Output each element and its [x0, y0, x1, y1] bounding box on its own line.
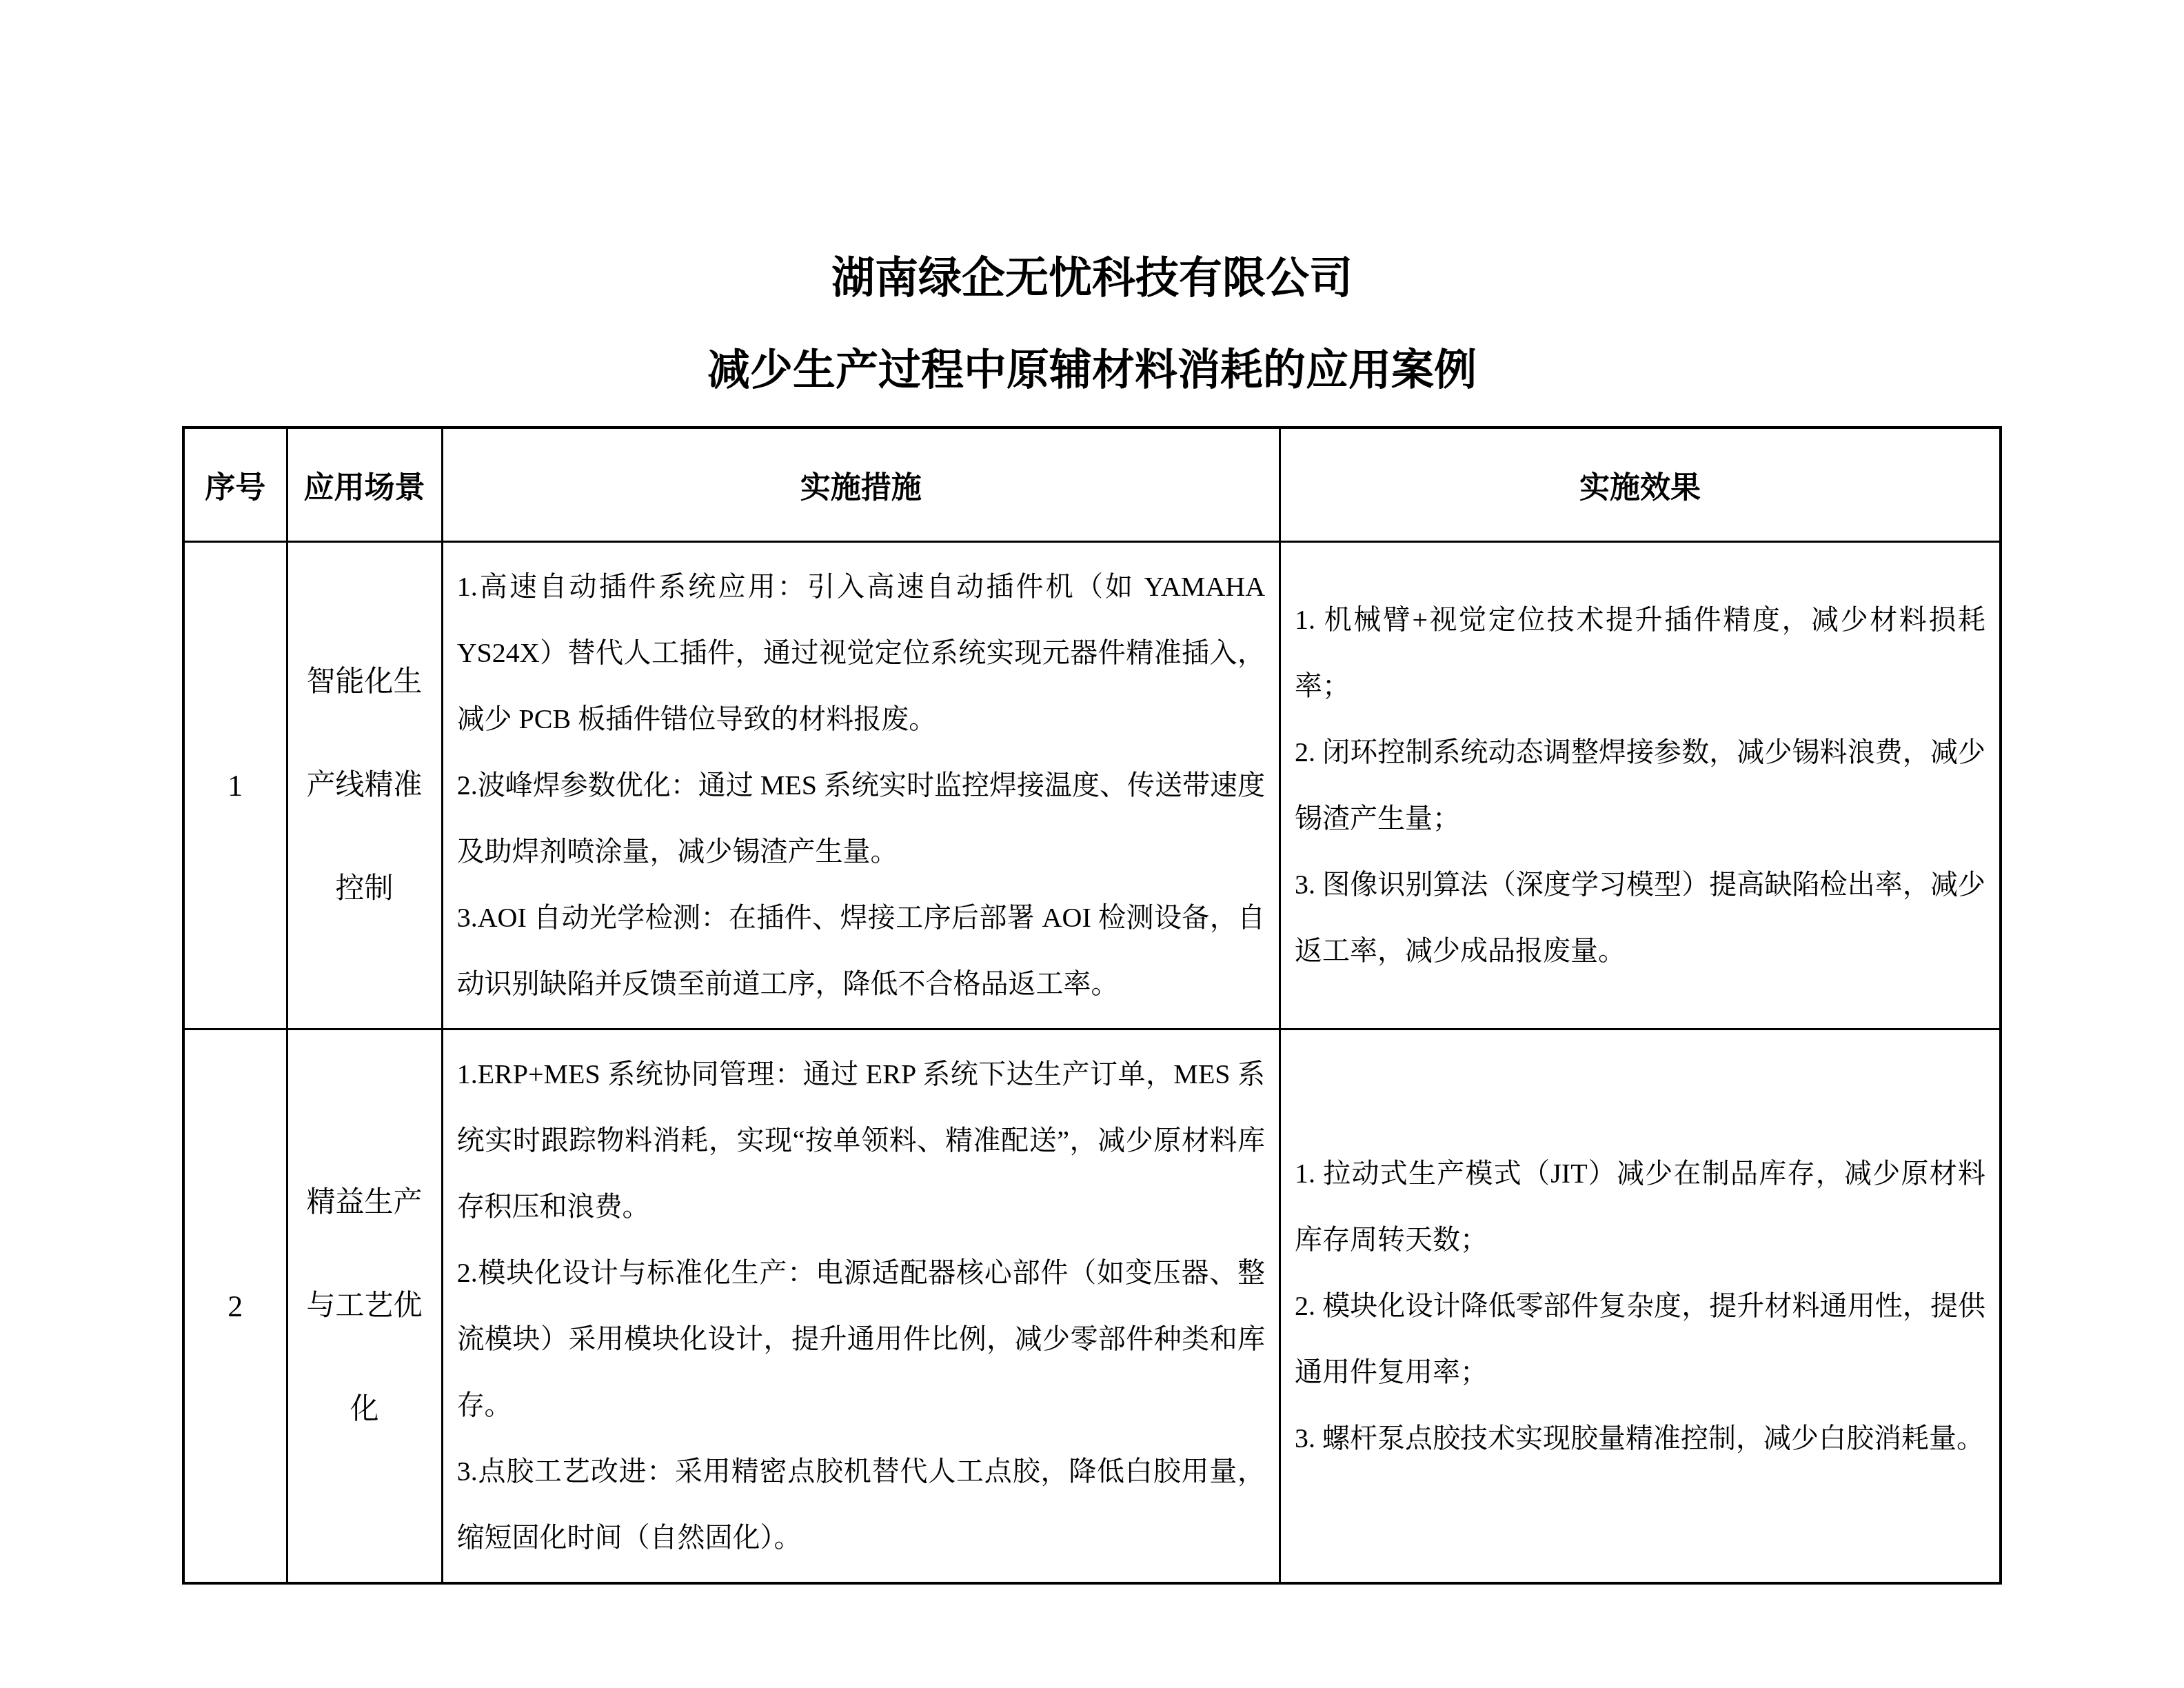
effects-cell: 1. 机械臂+视觉定位技术提升插件精度，减少材料损耗率； 2. 闭环控制系统动态… [1280, 542, 2001, 1029]
document-page: 湖南绿企无忧科技有限公司 减少生产过程中原辅材料消耗的应用案例 序号 应用场景 … [0, 0, 2184, 1688]
header-scenario: 应用场景 [287, 428, 442, 542]
effect-item: 1. 机械臂+视觉定位技术提升插件精度，减少材料损耗率； [1295, 587, 1985, 719]
effect-item: 1. 拉动式生产模式（JIT）减少在制品库存，减少原材料库存周转天数； [1295, 1141, 1985, 1273]
measures-cell: 1.ERP+MES 系统协同管理：通过 ERP 系统下达生产订单，MES 系统实… [442, 1029, 1280, 1584]
document-subtitle: 减少生产过程中原辅材料消耗的应用案例 [0, 302, 2184, 395]
effect-item: 3. 螺杆泵点胶技术实现胶量精准控制，减少白胶消耗量。 [1295, 1405, 1985, 1471]
effects-cell: 1. 拉动式生产模式（JIT）减少在制品库存，减少原材料库存周转天数； 2. 模… [1280, 1029, 2001, 1584]
effect-item: 2. 闭环控制系统动态调整焊接参数，减少锡料浪费，减少锡渣产生量； [1295, 719, 1985, 852]
header-index: 序号 [183, 428, 287, 542]
measure-item: 1.ERP+MES 系统协同管理：通过 ERP 系统下达生产订单，MES 系统实… [457, 1041, 1265, 1240]
scenario-cell: 精益生产与工艺优化 [287, 1029, 442, 1584]
measure-item: 2.模块化设计与标准化生产：电源适配器核心部件（如变压器、整流模块）采用模块化设… [457, 1240, 1265, 1438]
row-index-cell: 2 [183, 1029, 287, 1584]
measure-item: 3.AOI 自动光学检测：在插件、焊接工序后部署 AOI 检测设备，自动识别缺陷… [457, 885, 1265, 1017]
measures-cell: 1.高速自动插件系统应用：引入高速自动插件机（如 YAMAHA YS24X）替代… [442, 542, 1280, 1029]
scenario-cell: 智能化生产线精准控制 [287, 542, 442, 1029]
table-row: 1 智能化生产线精准控制 1.高速自动插件系统应用：引入高速自动插件机（如 YA… [183, 542, 2001, 1029]
document-title: 湖南绿企无忧科技有限公司 [0, 0, 2184, 302]
measure-item: 1.高速自动插件系统应用：引入高速自动插件机（如 YAMAHA YS24X）替代… [457, 554, 1265, 752]
row-index-cell: 1 [183, 542, 287, 1029]
measure-item: 3.点胶工艺改进：采用精密点胶机替代人工点胶，降低白胶用量，缩短固化时间（自然固… [457, 1438, 1265, 1571]
application-cases-table: 序号 应用场景 实施措施 实施效果 1 智能化生产线精准控制 1.高速自动插件系… [182, 426, 2002, 1585]
table-header-row: 序号 应用场景 实施措施 实施效果 [183, 428, 2001, 542]
header-measures: 实施措施 [442, 428, 1280, 542]
header-effects: 实施效果 [1280, 428, 2001, 542]
effect-item: 3. 图像识别算法（深度学习模型）提高缺陷检出率，减少返工率，减少成品报废量。 [1295, 852, 1985, 984]
table-row: 2 精益生产与工艺优化 1.ERP+MES 系统协同管理：通过 ERP 系统下达… [183, 1029, 2001, 1584]
measure-item: 2.波峰焊参数优化：通过 MES 系统实时监控焊接温度、传送带速度及助焊剂喷涂量… [457, 752, 1265, 885]
effect-item: 2. 模块化设计降低零部件复杂度，提升材料通用性，提供通用件复用率； [1295, 1273, 1985, 1405]
